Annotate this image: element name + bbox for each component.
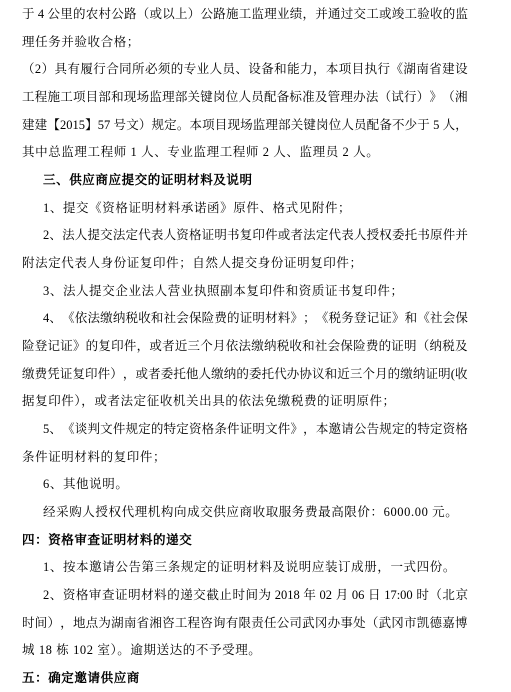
text-token: 印: [111, 333, 124, 361]
text-token: 》: [392, 305, 405, 333]
text-token: 险: [353, 333, 366, 361]
text-token: 员: [354, 112, 367, 140]
text-token: 明: [438, 361, 451, 389]
text-token: 的: [236, 361, 249, 389]
text-token: 保: [455, 305, 468, 333]
text-token: 凭: [47, 361, 60, 389]
text-line: 于 4 公里的农村公路（或以上）公路施工监理业绩，并通过交工或竣工验收的监: [22, 1, 468, 29]
text-token: 凯: [417, 610, 430, 638]
text-token: 司: [289, 610, 302, 638]
text-token: 间: [35, 610, 48, 638]
text-token: 省: [429, 56, 442, 84]
text-token: 文: [100, 416, 113, 444]
text-token: 4: [35, 1, 48, 29]
text-token: 件: [124, 333, 137, 361]
text-token: ）: [139, 112, 152, 140]
text-token: 路: [213, 1, 226, 29]
text-token: 公: [354, 416, 367, 444]
text-token: 现: [227, 112, 240, 140]
text-token: 者: [148, 361, 161, 389]
text-token: 法: [87, 305, 100, 333]
text-token: 证: [391, 333, 404, 361]
text-line: 工程施工项目部和现场监理部关键岗位人员配备标准及管理办法（试行）》（湘: [22, 84, 468, 112]
text-token: 公: [200, 1, 213, 29]
text-token: 、: [49, 222, 62, 250]
text-token: 验: [417, 1, 430, 29]
text-token: 力: [300, 56, 313, 84]
text-token: 日: [368, 582, 381, 610]
text-token: 或: [135, 361, 148, 389]
text-token: 依: [226, 333, 239, 361]
text-token: 博: [455, 610, 468, 638]
text-token: 会: [328, 333, 341, 361]
text-token: 证: [240, 305, 253, 333]
text-token: 规: [152, 112, 165, 140]
text-token: 事: [340, 610, 353, 638]
text-token: 时: [22, 610, 35, 638]
text-token: 料: [278, 305, 291, 333]
text-token: 及: [455, 333, 468, 361]
text-token: 缴: [251, 333, 264, 361]
text-token: 于: [417, 112, 430, 140]
text-token: 费: [214, 305, 227, 333]
text-token: 建: [22, 112, 35, 140]
document-page: 于 4 公里的农村公路（或以上）公路施工监理业绩，并通过交工或竣工验收的监理任务…: [0, 0, 511, 692]
text-token: 本: [189, 112, 202, 140]
text-token: 的: [379, 333, 392, 361]
text-token: 询: [213, 610, 226, 638]
text-token: ）: [110, 361, 123, 389]
text-token: 本: [316, 416, 329, 444]
text-line: 建建【2015】57 号文）规定。本项目现场监理部关键岗位人员配备不少于 5 人…: [22, 112, 468, 140]
text-token: 会: [176, 305, 189, 333]
text-token: 法: [366, 84, 379, 112]
text-token: 记: [47, 333, 60, 361]
text-token: 证: [115, 582, 128, 610]
text-token: 地: [73, 610, 86, 638]
text-token: 工: [239, 1, 252, 29]
text-token: 书: [227, 222, 240, 250]
text-token: 及: [315, 84, 328, 112]
text-token: 和: [111, 84, 124, 112]
section-heading: 四：资格审查证明材料的递交: [22, 527, 468, 555]
text-token: 的: [167, 582, 180, 610]
text-token: 绩: [290, 1, 303, 29]
text-token: 以: [162, 1, 175, 29]
text-token: 理: [264, 1, 277, 29]
text-token: 工: [366, 1, 379, 29]
text-token: ；: [303, 305, 316, 333]
text-token: 须: [158, 56, 171, 84]
text-token: 近: [175, 333, 188, 361]
text-token: 材: [265, 305, 278, 333]
text-token: 设: [455, 56, 468, 84]
text-token: 近: [337, 361, 350, 389]
text-token: 收: [455, 361, 468, 389]
text-token: 监: [455, 1, 468, 29]
text-token: 建: [35, 112, 48, 140]
text-token: 托: [405, 222, 418, 250]
text-token: 明: [214, 222, 227, 250]
text-token: （: [22, 56, 35, 84]
text-token: 部: [98, 84, 111, 112]
text-token: 京: [455, 582, 468, 610]
text-token: ，: [303, 416, 316, 444]
text-token: 费: [366, 333, 379, 361]
text-token: 路: [124, 1, 137, 29]
text-token: 定: [392, 416, 405, 444]
text-token: 年: [303, 582, 316, 610]
text-token: 法: [238, 333, 251, 361]
text-token: 执: [365, 56, 378, 84]
text-token: 有: [226, 610, 239, 638]
text-token: （: [366, 610, 379, 638]
text-token: 或: [149, 333, 162, 361]
text-token: 资: [176, 222, 189, 250]
text-token: 代: [274, 361, 287, 389]
text-token: 授: [367, 222, 380, 250]
text-token: 》: [73, 333, 86, 361]
text-token: 定: [430, 416, 443, 444]
text-token: ）: [188, 1, 201, 29]
text-token: 件: [98, 361, 111, 389]
text-token: 代: [329, 222, 342, 250]
text-line: 理任务并验收合格；: [22, 29, 468, 57]
text-token: 月: [336, 582, 349, 610]
text-token: 月: [213, 333, 226, 361]
text-token: 个: [362, 361, 375, 389]
text-token: 纳: [430, 333, 443, 361]
text-token: 代: [138, 222, 151, 250]
text-token: 止: [219, 582, 232, 610]
text-token: 2018: [272, 582, 303, 610]
text-token: 者: [290, 222, 303, 250]
section-heading: 五：确定邀请供应商: [22, 665, 468, 692]
text-token: 税: [126, 305, 139, 333]
text-token: 于: [22, 1, 35, 29]
text-token: 复: [98, 333, 111, 361]
text-token: 2015: [60, 112, 85, 140]
text-token: 税: [329, 305, 342, 333]
text-token: 提: [87, 222, 100, 250]
text-token: 定: [138, 416, 151, 444]
text-token: 谈: [75, 416, 88, 444]
text-token: 配: [367, 112, 380, 140]
text-token: 、: [49, 416, 62, 444]
text-token: 2: [35, 56, 41, 84]
text-token: 缴: [22, 361, 35, 389]
text-token: 收: [138, 305, 151, 333]
text-token: 施: [47, 84, 60, 112]
text-token: 印: [252, 222, 265, 250]
text-token: 57: [98, 112, 114, 140]
text-token: 递: [180, 582, 193, 610]
text-token: 和: [302, 333, 315, 361]
text-token: ，: [302, 1, 315, 29]
text-line: 5、《谈判文件规定的特定资格条件证明文件》，本邀请公告规定的特定资格: [22, 416, 468, 444]
text-token: 委: [392, 222, 405, 250]
text-token: 嘉: [442, 610, 455, 638]
text-token: 人: [75, 222, 88, 250]
text-token: 理: [162, 84, 175, 112]
text-token: 程: [35, 84, 48, 112]
text-line: 时间），地点为湖南省湘咨工程咨询有限责任公司武冈办事处（武冈市凯德嘉博: [22, 610, 468, 638]
text-line: 1、提交《资格证明材料承诺函》原件、格式见附件；: [22, 195, 468, 223]
text-token: 表: [151, 222, 164, 250]
text-token: 4: [43, 305, 49, 333]
text-token: 程: [188, 610, 201, 638]
text-token: 监: [253, 112, 266, 140]
text-token: 和: [325, 361, 338, 389]
text-token: 月: [375, 361, 388, 389]
text-token: 位: [226, 84, 239, 112]
text-token: 》: [290, 416, 303, 444]
text-line: 3、法人提交企业法人营业执照副本复印件和资质证书复印件；: [22, 278, 468, 306]
text-token: 托: [173, 361, 186, 389]
text-token: 明: [404, 333, 417, 361]
text-token: 目: [215, 112, 228, 140]
text-token: 为: [98, 610, 111, 638]
text-token: 件: [443, 222, 456, 250]
text-token: 少: [405, 112, 418, 140]
text-token: 人: [354, 222, 367, 250]
text-token: 文: [126, 112, 139, 140]
text-token: 冈: [391, 610, 404, 638]
text-token: 湖: [403, 56, 416, 84]
text-token: 2: [43, 582, 49, 610]
text-token: 和: [405, 305, 418, 333]
text-token: 告: [367, 416, 380, 444]
text-token: 人: [164, 222, 177, 250]
text-token: 有: [67, 56, 80, 84]
text-token: 定: [126, 222, 139, 250]
text-token: （: [429, 582, 442, 610]
text-token: 、: [235, 56, 248, 84]
text-token: 人: [210, 56, 223, 84]
text-token: 明: [252, 416, 265, 444]
document-body: 于 4 公里的农村公路（或以上）公路施工监理业绩，并通过交工或竣工验收的监理任务…: [22, 1, 468, 692]
text-token: 纳: [224, 361, 237, 389]
text-token: 书: [417, 222, 430, 250]
text-line: 城 18 栋 102 室）。逾期送达的不予受理。: [22, 637, 468, 665]
text-token: 者: [162, 333, 175, 361]
text-token: 行: [404, 84, 417, 112]
text-token: 依: [75, 305, 88, 333]
text-token: 明: [252, 305, 265, 333]
text-token: 项: [339, 56, 352, 84]
text-token: 审: [89, 582, 102, 610]
text-token: ，: [60, 610, 73, 638]
text-token: 证: [60, 361, 73, 389]
text-token: 监: [251, 1, 264, 29]
text-token: 行: [378, 56, 391, 84]
text-token: ）: [47, 610, 60, 638]
text-token: 公: [111, 1, 124, 29]
text-token: 请: [341, 416, 354, 444]
text-token: 德: [430, 610, 443, 638]
text-token: 时: [232, 582, 245, 610]
text-token: 原: [430, 222, 443, 250]
text-token: 监: [149, 84, 162, 112]
text-line: 经采购人授权代理机构向成交供应商收取服务费最高限价：6000.00 元。: [22, 499, 468, 527]
text-token: 键: [303, 112, 316, 140]
text-token: 复: [72, 361, 85, 389]
text-token: 托: [262, 361, 275, 389]
text-token: 三: [188, 333, 201, 361]
text-token: 部: [175, 84, 188, 112]
text-token: 定: [316, 222, 329, 250]
text-token: 公: [277, 610, 290, 638]
text-token: 【: [47, 112, 60, 140]
text-token: 处: [353, 610, 366, 638]
text-token: 协: [299, 361, 312, 389]
text-token: 规: [126, 416, 139, 444]
text-token: 5: [43, 416, 49, 444]
text-token: 省: [137, 610, 150, 638]
text-token: 他: [186, 361, 199, 389]
text-token: 同: [119, 56, 132, 84]
text-token: 岗: [316, 112, 329, 140]
text-token: ，: [313, 56, 326, 84]
text-token: 武: [302, 610, 315, 638]
text-token: 目: [86, 84, 99, 112]
text-token: 必: [145, 56, 158, 84]
text-token: 印: [85, 361, 98, 389]
text-token: 建: [442, 56, 455, 84]
text-token: 收: [289, 333, 302, 361]
text-token: 位: [329, 112, 342, 140]
text-token: 交: [193, 582, 206, 610]
text-token: 证: [240, 416, 253, 444]
text-line: 6、其他说明。: [22, 471, 468, 499]
text-token: 岗: [213, 84, 226, 112]
text-token: 工: [60, 84, 73, 112]
text-token: 件: [278, 416, 291, 444]
text-token: 判: [87, 416, 100, 444]
text-token: ）: [417, 84, 430, 112]
text-token: 险: [202, 305, 215, 333]
text-token: 格: [455, 416, 468, 444]
text-token: 《: [62, 305, 75, 333]
text-line: 据复印件），或者法定征收机关出具的依法免缴税费的证明原件；: [22, 388, 468, 416]
text-token: 定: [164, 112, 177, 140]
text-token: 南: [124, 610, 137, 638]
text-token: 项: [73, 84, 86, 112]
text-token: 人: [238, 84, 251, 112]
text-token: 登: [35, 333, 48, 361]
text-token: 截: [206, 582, 219, 610]
text-token: 时: [416, 582, 429, 610]
text-token: 记: [367, 305, 380, 333]
text-line: 缴费凭证复印件），或者委托他人缴纳的委托代办协议和近三个月的缴纳证明(收: [22, 361, 468, 389]
text-token: 理: [340, 84, 353, 112]
text-token: 点: [86, 610, 99, 638]
text-token: 件: [265, 222, 278, 250]
text-token: 表: [341, 222, 354, 250]
text-token: 纳: [264, 333, 277, 361]
text-token: 村: [98, 1, 111, 29]
text-token: 或: [149, 1, 162, 29]
text-token: 的: [227, 305, 240, 333]
text-token: 、: [49, 305, 62, 333]
text-token: 或: [278, 222, 291, 250]
text-token: 的: [405, 416, 418, 444]
text-token: 准: [302, 84, 315, 112]
text-token: 费: [35, 361, 48, 389]
text-token: 咨: [162, 610, 175, 638]
text-token: 现: [124, 84, 137, 112]
text-token: 武: [379, 610, 392, 638]
text-token: 特: [417, 416, 430, 444]
text-token: 农: [86, 1, 99, 29]
text-token: 员: [251, 84, 264, 112]
text-line: （2）具有履行合同所必须的专业人员、设备和能力，本项目执行《湖南省建设: [22, 56, 468, 84]
text-token: 条: [214, 416, 227, 444]
text-token: 任: [264, 610, 277, 638]
text-token: 公: [47, 1, 60, 29]
text-token: 收: [430, 1, 443, 29]
text-token: 定: [176, 416, 189, 444]
text-token: 业: [277, 1, 290, 29]
text-token: 02: [316, 582, 335, 610]
text-token: 法: [303, 222, 316, 250]
text-token: 湘: [455, 84, 468, 112]
text-token: 所: [132, 56, 145, 84]
text-token: 纳: [113, 305, 126, 333]
text-token: 具: [55, 56, 68, 84]
text-token: 施: [226, 1, 239, 29]
text-token: 社: [164, 305, 177, 333]
text-token: （: [417, 333, 430, 361]
text-token: 保: [189, 305, 202, 333]
text-token: 湘: [149, 610, 162, 638]
text-token: 文: [265, 416, 278, 444]
text-token: 键: [200, 84, 213, 112]
text-token: 复: [240, 222, 253, 250]
text-token: 保: [340, 333, 353, 361]
text-token: 并: [315, 1, 328, 29]
text-token: 限: [238, 610, 251, 638]
text-line: 条件证明材料的复印件；: [22, 444, 468, 472]
text-token: 理: [265, 112, 278, 140]
text-token: 人: [443, 112, 456, 140]
text-token: 缴: [211, 361, 224, 389]
text-token: 目: [352, 56, 365, 84]
text-token: 《: [417, 305, 430, 333]
text-token: 税: [442, 333, 455, 361]
text-line: 附法定代表人身份证复印件；自然人提交身份证明复印件；: [22, 250, 468, 278]
text-token: 和: [274, 56, 287, 84]
text-token: 场: [240, 112, 253, 140]
text-token: 的: [171, 56, 184, 84]
text-token: 湖: [111, 610, 124, 638]
text-token: 。: [177, 112, 190, 140]
text-token: 权: [379, 222, 392, 250]
text-token: 和: [151, 305, 164, 333]
text-token: 缴: [400, 361, 413, 389]
text-line: 险登记证》的复印件，或者近三个月依法缴纳税收和社会保险费的证明（纳税及: [22, 333, 468, 361]
text-token: 规: [379, 416, 392, 444]
text-token: 上: [175, 1, 188, 29]
text-token: 业: [197, 56, 210, 84]
text-token: 17:00: [381, 582, 416, 610]
text-token: 的: [388, 361, 401, 389]
text-token: 格: [189, 222, 202, 250]
text-token: 个: [200, 333, 213, 361]
text-token: 号: [114, 112, 127, 140]
text-token: 法: [62, 222, 75, 250]
text-token: 缴: [100, 305, 113, 333]
